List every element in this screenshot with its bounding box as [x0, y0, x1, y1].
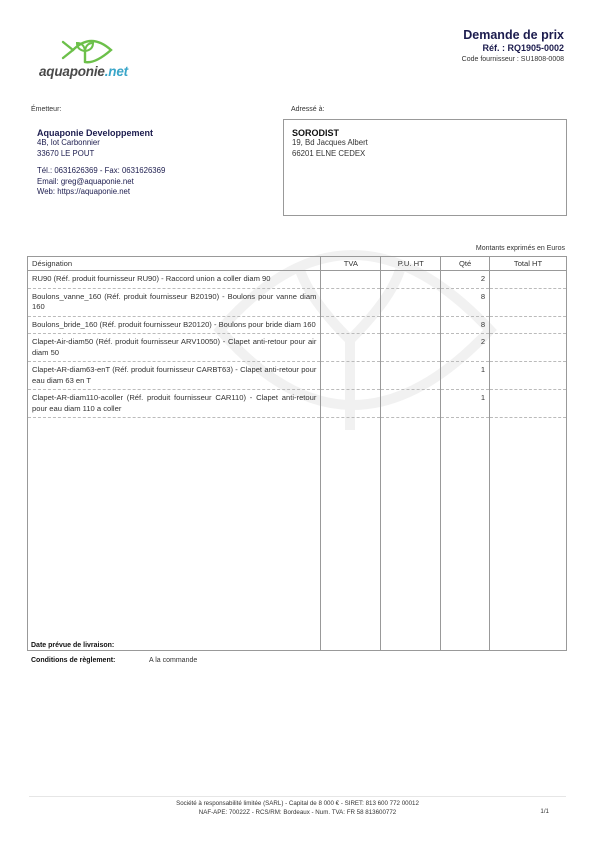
logo-wordmark: aquaponie.net: [39, 64, 128, 79]
cell-tva: [321, 334, 381, 362]
header-tva: TVA: [321, 257, 381, 271]
table-row: RU90 (Réf. produit fournisseur RU90) - R…: [28, 271, 567, 289]
cell-unit-price: [381, 288, 441, 316]
cell-tva: [321, 288, 381, 316]
cell-total: [490, 390, 567, 418]
cell-qty: 1: [441, 390, 490, 418]
payment-terms-value: A la commande: [149, 657, 197, 664]
recipient-name: SORODIST: [292, 128, 558, 138]
cell-total: [490, 288, 567, 316]
cell-tva: [321, 271, 381, 289]
sender-email: Email: greg@aquaponie.net: [37, 177, 273, 188]
recipient-address-line2: 66201 ELNE CEDEX: [292, 149, 558, 160]
footer-divider: [29, 796, 566, 797]
recipient-block: SORODIST 19, Bd Jacques Albert 66201 ELN…: [283, 119, 567, 216]
currency-note: Montants exprimés en Euros: [476, 245, 565, 252]
table-row: Clapet-AR-diam110-acoller (Réf. produit …: [28, 390, 567, 418]
cell-designation: Clapet-AR-diam110-acoller (Réf. produit …: [28, 390, 321, 418]
header-total: Total HT: [490, 257, 567, 271]
table-header-row: Désignation TVA P.U. HT Qté Total HT: [28, 257, 567, 271]
cell-unit-price: [381, 362, 441, 390]
table-filler-row: [28, 418, 567, 651]
cell-tva: [321, 316, 381, 334]
cell-designation: RU90 (Réf. produit fournisseur RU90) - R…: [28, 271, 321, 289]
document-header: Demande de prix Réf. : RQ1905-0002 Code …: [462, 28, 564, 63]
fish-with-sprout-icon: [55, 34, 115, 64]
table-row: Boulons_vanne_160 (Réf. produit fourniss…: [28, 288, 567, 316]
cell-designation: Clapet-Air-diam50 (Réf. produit fourniss…: [28, 334, 321, 362]
cell-unit-price: [381, 316, 441, 334]
recipient-label: Adressé à:: [291, 106, 324, 113]
cell-total: [490, 316, 567, 334]
cell-total: [490, 334, 567, 362]
footer-line1: Société à responsabilité limitée (SARL) …: [0, 799, 595, 808]
footer-legal: Société à responsabilité limitée (SARL) …: [0, 799, 595, 817]
cell-tva: [321, 362, 381, 390]
sender-block: Aquaponie Developpement 4B, lot Carbonni…: [29, 119, 281, 216]
header-designation: Désignation: [28, 257, 321, 271]
document-reference: Réf. : RQ1905-0002: [462, 43, 564, 53]
sender-web: Web: https://aquaponie.net: [37, 187, 273, 198]
cell-unit-price: [381, 271, 441, 289]
cell-designation: Clapet-AR-diam63-enT (Réf. produit fourn…: [28, 362, 321, 390]
cell-tva: [321, 390, 381, 418]
cell-qty: 2: [441, 334, 490, 362]
footer-line2: NAF-APE: 70022Z - RCS/RM: Bordeaux - Num…: [0, 808, 595, 817]
cell-qty: 1: [441, 362, 490, 390]
sender-address-line2: 33670 LE POUT: [37, 149, 273, 160]
header-unit-price: P.U. HT: [381, 257, 441, 271]
cell-qty: 2: [441, 271, 490, 289]
table-row: Boulons_bride_160 (Réf. produit fourniss…: [28, 316, 567, 334]
cell-qty: 8: [441, 316, 490, 334]
sender-phone-fax: Tél.: 0631626369 - Fax: 0631626369: [37, 166, 273, 177]
document-title: Demande de prix: [462, 28, 564, 42]
cell-designation: Boulons_vanne_160 (Réf. produit fourniss…: [28, 288, 321, 316]
items-table: Désignation TVA P.U. HT Qté Total HT RU9…: [27, 256, 567, 651]
cell-designation: Boulons_bride_160 (Réf. produit fourniss…: [28, 316, 321, 334]
delivery-date-label: Date prévue de livraison:: [31, 642, 149, 649]
sender-address-line1: 4B, lot Carbonnier: [37, 138, 273, 149]
cell-unit-price: [381, 334, 441, 362]
table-row: Clapet-Air-diam50 (Réf. produit fourniss…: [28, 334, 567, 362]
recipient-address-line1: 19, Bd Jacques Albert: [292, 138, 558, 149]
supplier-code: Code fournisseur : SU1808-0008: [462, 56, 564, 63]
sender-label: Émetteur:: [31, 106, 61, 113]
terms-block: Date prévue de livraison: Conditions de …: [31, 638, 197, 668]
page-number: 1/1: [540, 808, 549, 815]
cell-unit-price: [381, 390, 441, 418]
cell-qty: 8: [441, 288, 490, 316]
table-row: Clapet-AR-diam63-enT (Réf. produit fourn…: [28, 362, 567, 390]
cell-total: [490, 271, 567, 289]
header-qty: Qté: [441, 257, 490, 271]
company-logo: aquaponie.net: [55, 34, 135, 86]
sender-name: Aquaponie Developpement: [37, 128, 273, 138]
cell-total: [490, 362, 567, 390]
payment-terms-label: Conditions de règlement:: [31, 657, 149, 664]
